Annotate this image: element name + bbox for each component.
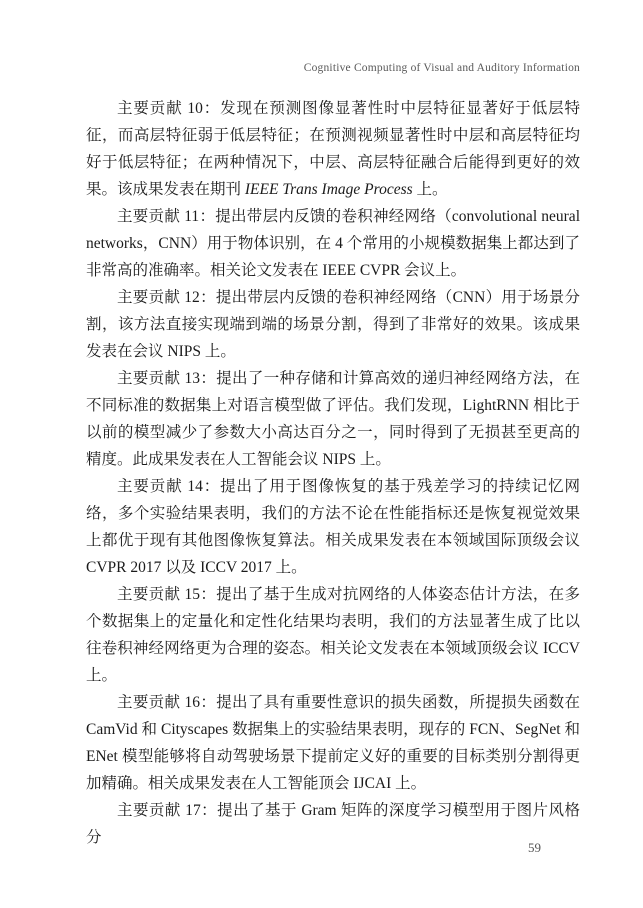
paragraph-text-run: 主要贡献 17：提出了基于 Gram 矩阵的深度学习模型用于图片风格分	[86, 802, 580, 846]
running-header: Cognitive Computing of Visual and Audito…	[86, 60, 580, 76]
paragraph-contribution-17: 主要贡献 17：提出了基于 Gram 矩阵的深度学习模型用于图片风格分	[86, 797, 580, 851]
paragraph-contribution-12: 主要贡献 12：提出带层内反馈的卷积神经网络（CNN）用于场景分割，该方法直接实…	[86, 284, 580, 365]
paragraph-contribution-14: 主要贡献 14：提出了用于图像恢复的基于残差学习的持续记忆网络，多个实验结果表明…	[86, 473, 580, 581]
paragraph-contribution-10: 主要贡献 10：发现在预测图像显著性时中层特征显著好于低层特征，而高层特征弱于低…	[86, 95, 580, 203]
paragraph-text-run: 主要贡献 16：提出了具有重要性意识的损失函数，所提损失函数在 CamVid 和…	[86, 694, 580, 792]
page-number: 59	[528, 839, 541, 857]
paragraph-contribution-16: 主要贡献 16：提出了具有重要性意识的损失函数，所提损失函数在 CamVid 和…	[86, 689, 580, 797]
paragraph-text-run: 上。	[413, 181, 448, 198]
journal-name-italic: IEEE Trans Image Process	[245, 181, 413, 198]
paragraph-contribution-15: 主要贡献 15：提出了基于生成对抗网络的人体姿态估计方法，在多个数据集上的定量化…	[86, 581, 580, 689]
paragraph-text-run: 主要贡献 11：提出带层内反馈的卷积神经网络（convolutional neu…	[86, 208, 580, 279]
paragraph-text-run: 主要贡献 12：提出带层内反馈的卷积神经网络（CNN）用于场景分割，该方法直接实…	[86, 289, 580, 360]
document-page: Cognitive Computing of Visual and Audito…	[0, 0, 643, 908]
paragraph-contribution-11: 主要贡献 11：提出带层内反馈的卷积神经网络（convolutional neu…	[86, 203, 580, 284]
paragraph-text-run: 主要贡献 15：提出了基于生成对抗网络的人体姿态估计方法，在多个数据集上的定量化…	[86, 586, 580, 684]
paragraph-text-run: 主要贡献 14：提出了用于图像恢复的基于残差学习的持续记忆网络，多个实验结果表明…	[86, 478, 580, 576]
paragraph-contribution-13: 主要贡献 13：提出了一种存储和计算高效的递归神经网络方法，在不同标准的数据集上…	[86, 365, 580, 473]
document-body: 主要贡献 10：发现在预测图像显著性时中层特征显著好于低层特征，而高层特征弱于低…	[86, 95, 580, 851]
paragraph-text-run: 主要贡献 13：提出了一种存储和计算高效的递归神经网络方法，在不同标准的数据集上…	[86, 370, 580, 468]
